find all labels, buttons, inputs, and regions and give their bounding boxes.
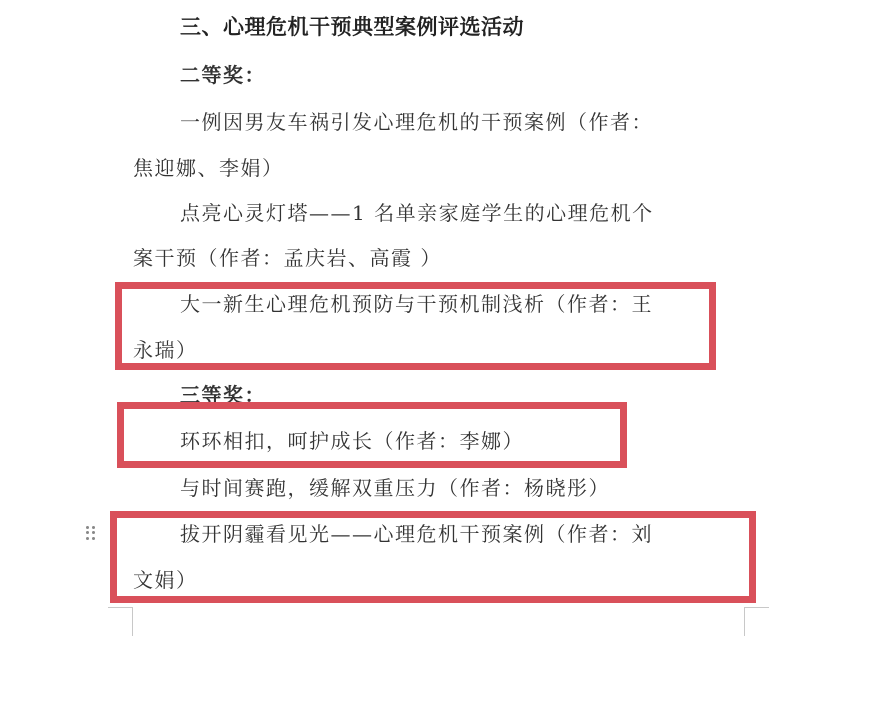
entry-line: 一例因男友车祸引发心理危机的干预案例（作者：	[180, 110, 653, 134]
second-prize-label: 二等奖：	[180, 63, 266, 87]
entry-line: 案干预（作者：孟庆岩、高霞 ）	[133, 246, 442, 270]
page-corner-mark	[108, 607, 133, 636]
section-title: 三、心理危机干预典型案例评选活动	[180, 15, 524, 39]
highlight-box	[110, 511, 756, 603]
page-corner-mark	[744, 607, 769, 636]
entry-line: 点亮心灵灯塔——1 名单亲家庭学生的心理危机个	[180, 201, 654, 225]
highlight-box	[117, 402, 627, 468]
entry-line: 焦迎娜、李娟）	[133, 156, 284, 180]
entry-line: 与时间赛跑，缓解双重压力（作者：杨晓彤）	[180, 476, 610, 500]
drag-handle-icon[interactable]	[86, 526, 96, 540]
highlight-box	[115, 282, 716, 370]
